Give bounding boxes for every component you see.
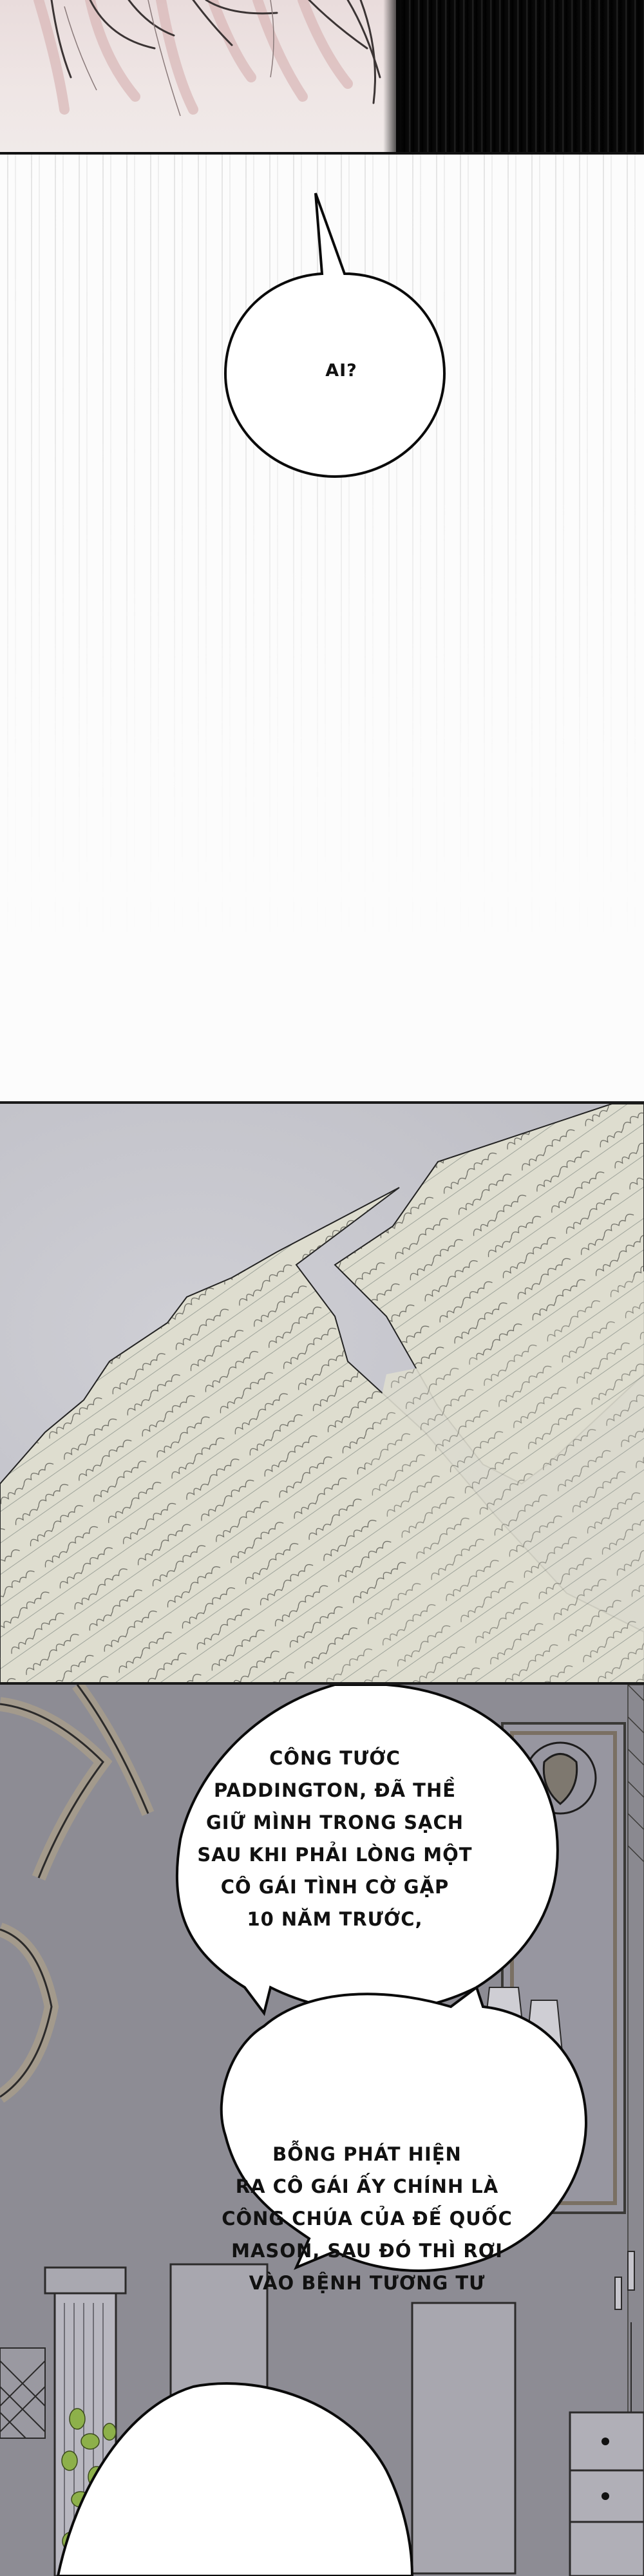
bubble-line: GIỮ MÌNH TRONG SẠCH xyxy=(187,1806,483,1839)
bubble-line: MASON, SAU ĐÓ THÌ RƠI xyxy=(213,2235,522,2267)
speech-bubble-ai xyxy=(206,174,464,496)
bubble-line: BỖNG PHÁT HIỆN xyxy=(213,2138,522,2170)
dark-speed-lines-area xyxy=(396,0,644,152)
bubble-line: SAU KHI PHẢI LÒNG MỘT xyxy=(187,1839,483,1871)
bubble-line: VÀO BỆNH TƯƠNG TƯ xyxy=(213,2267,522,2299)
bubble-line: PADDINGTON, ĐÃ THỀ xyxy=(187,1774,483,1806)
handwritten-letters-illustration xyxy=(0,1104,644,1683)
bubble-line: CÔNG TƯỚC xyxy=(187,1742,483,1774)
bubble-line: CÔNG CHÚA CỦA ĐẾ QUỐC xyxy=(213,2202,522,2235)
hair-closeup-panel xyxy=(0,0,644,152)
bubble-line: 10 NĂM TRƯỚC, xyxy=(187,1903,483,1935)
speech-bubble-paddington-text: CÔNG TƯỚC PADDINGTON, ĐÃ THỀ GIỮ MÌNH TR… xyxy=(187,1742,483,1935)
speech-bubble-ai-text: AI? xyxy=(303,361,380,381)
speech-bubble-mason-text: BỖNG PHÁT HIỆN RA CÔ GÁI ẤY CHÍNH LÀ CÔN… xyxy=(213,2138,522,2299)
bubble-line: CÔ GÁI TÌNH CỜ GẶP xyxy=(187,1871,483,1903)
letters-panel xyxy=(0,1104,644,1683)
bubble-line: RA CÔ GÁI ẤY CHÍNH LÀ xyxy=(213,2170,522,2202)
